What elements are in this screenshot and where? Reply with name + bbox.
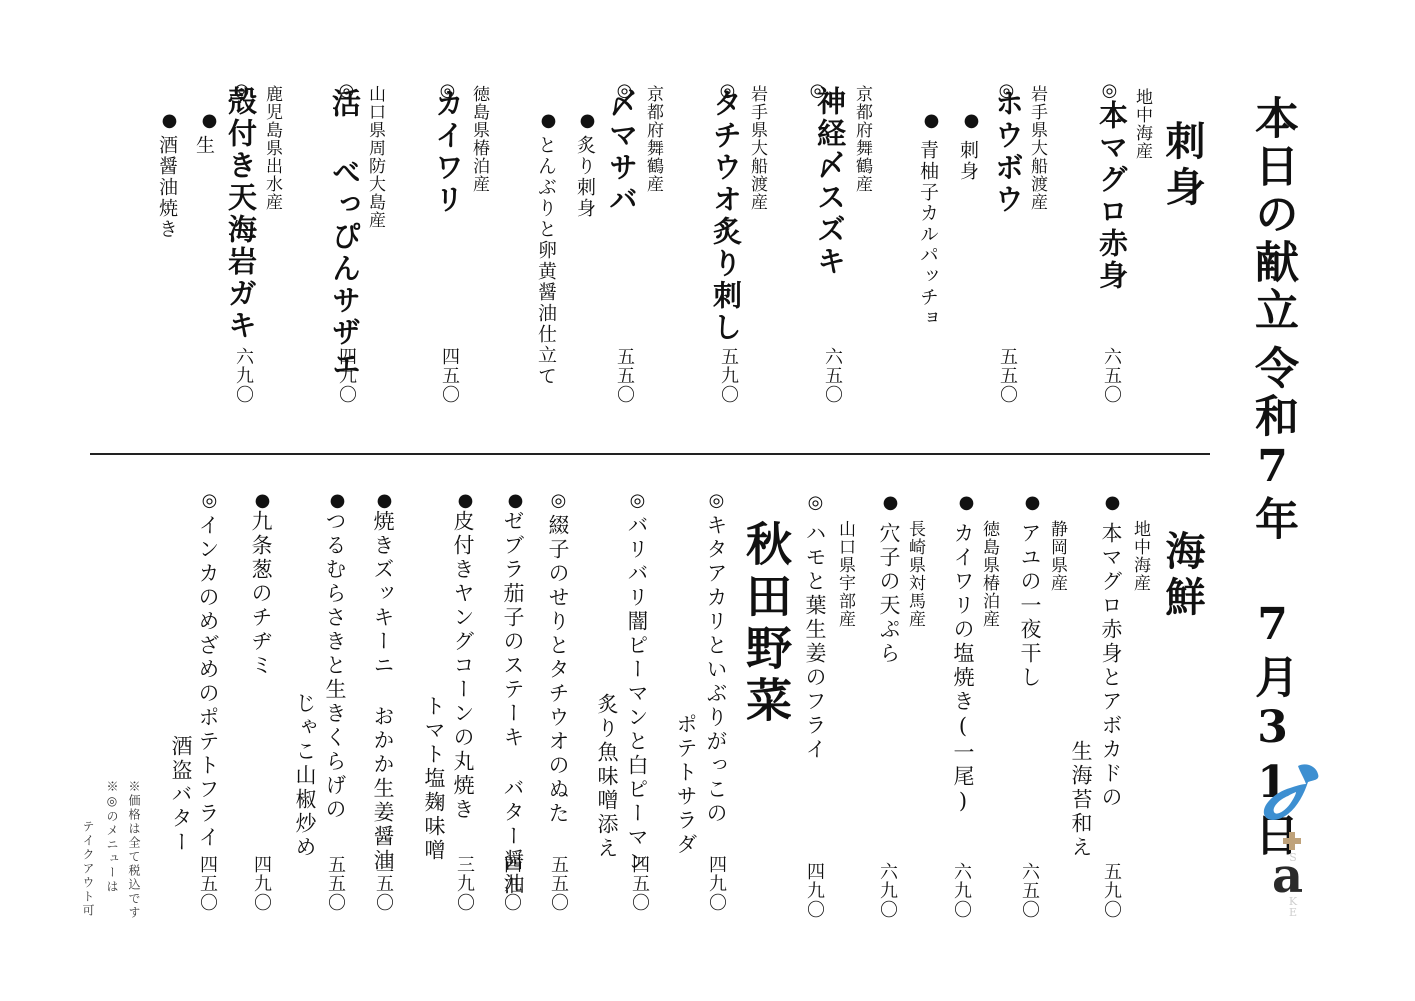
item-price: 五五〇 [549,855,567,912]
shop-logo: S KE a [1250,760,1340,940]
bullet: ● [1103,492,1121,513]
item-price: 四九〇 [502,855,520,912]
origin-label: 徳島県椿泊産 [980,520,997,628]
item-price: 四五〇 [440,347,458,404]
item-option: 酒醤油焼き [157,135,176,240]
section-divider [90,453,1210,455]
bullet: ● [456,490,474,511]
tax-note: ※価格は全て税込です [128,780,140,920]
origin-label: 京都府舞鶴産 [644,85,661,193]
bullet: ● [328,490,346,511]
bullet: ● [881,492,899,513]
mi-hiragana-logo-icon [1258,760,1328,830]
section-title-sashimi: 刺身 [1162,120,1202,212]
item-name: カイワリ [433,88,462,216]
takeout-mark: ◎ [806,492,824,513]
origin-label: 山口県周防大島産 [366,85,383,229]
origin-label: 鹿児島県出水産 [263,85,280,211]
item-price: 三九〇 [455,855,473,912]
item-price: 五五〇 [326,855,344,912]
item-name: つるむらさきと生きくらげの [324,510,345,822]
item-price: 五五〇 [615,347,633,404]
item-subtitle: じゃこ山椒炒め [294,692,315,860]
bullet: ● [200,110,218,131]
bullet: ● [506,490,524,511]
item-subtitle: トマト塩麹味噌 [423,695,444,863]
item-name: 本マグロ赤身 [1097,100,1126,292]
takeout-mark: ◎ [549,490,567,511]
item-name: 焼きズッキーニ おかか生姜醤油 [372,510,393,873]
origin-label: 岩手県大船渡産 [748,85,765,211]
item-price: 五九〇 [719,347,737,404]
item-name: インカのめざめのポテトフライ [197,514,218,850]
bullet: ● [539,110,557,131]
item-price: 六九〇 [878,862,896,919]
item-price: 六五〇 [1102,347,1120,404]
bullet: ● [957,492,975,513]
item-subtitle: ポテトサラダ [675,713,696,857]
item-name: 神経〆スズキ [815,86,844,278]
origin-label: 長崎県対馬産 [906,520,923,628]
item-name: 〆マサバ [607,88,636,216]
bullet: ● [922,110,940,131]
takeout-mark: ◎ [1100,80,1118,101]
bullet: ● [375,490,393,511]
item-price: 六九〇 [952,862,970,919]
item-price: 六五〇 [1020,862,1038,919]
origin-label: 地中海産 [1131,520,1148,592]
takeout-mark: ◎ [707,490,725,511]
item-subtitle: 炙り魚味噌添え [596,693,617,861]
item-name: キタアカリといぶりがっこの [705,514,726,826]
origin-label: 京都府舞鶴産 [853,85,870,193]
item-name: アユの一夜干し [1019,522,1040,690]
item-name: タチウオ炙り刺し [711,88,740,344]
bullet: ● [160,110,178,131]
logo-letter-a: a [1272,852,1303,900]
item-price: 四九〇 [707,855,725,912]
bullet: ● [578,110,596,131]
item-name: 九条葱のチヂミ [250,510,271,678]
item-price: 六五〇 [823,347,841,404]
menu-title: 本日の献立 [1250,95,1294,335]
item-name: バリバリ闇ピーマンと白ピーマン [626,514,647,874]
takeout-mark: ◎ [200,490,218,511]
origin-label: 山口県宇部産 [836,520,853,628]
item-option: 刺身 [958,140,977,182]
item-name: ホウボウ [993,88,1022,216]
item-option: 生 [194,135,213,156]
takeout-note-cont: テイクアウト可 [82,820,94,918]
item-price: 四九〇 [805,862,823,919]
item-subtitle: 酒盗バター [170,735,191,855]
item-price: 五五〇 [998,347,1016,404]
item-subtitle: 生海苔和え [1070,740,1091,860]
bullet: ● [1023,492,1041,513]
bullet: ● [962,110,980,131]
origin-label: 徳島県椿泊産 [470,85,487,193]
takeout-note: ※◎のメニューは [106,780,118,894]
item-name: 穴子の天ぷら [878,522,899,666]
item-price: 六九〇 [234,347,252,404]
item-name: カイワリの塩焼き(一尾) [952,522,973,816]
section-title-kaisen: 海鮮 [1162,530,1202,622]
item-price: 四九〇 [337,347,355,404]
takeout-mark: ◎ [628,490,646,511]
item-name: 活 べっぴんサザエ [330,88,359,381]
origin-label: 静岡県産 [1048,520,1065,592]
item-price: 三五〇 [374,855,392,912]
item-price: 四五〇 [630,855,648,912]
item-option: 青柚子カルパッチョ [918,140,937,329]
item-option: 炙り刺身 [575,135,594,219]
origin-label: 地中海産 [1133,88,1150,160]
bullet: ● [253,490,271,511]
item-price: 四九〇 [252,855,270,912]
item-option: とんぶりと卵黄醤油仕立て [536,135,555,387]
item-price: 四五〇 [198,855,216,912]
item-name: 皮付きヤングコーンの丸焼き [452,510,473,822]
item-name: ゼブラ茄子のステーキ バター醤油 [502,510,523,897]
item-name: 殻付き天海岩ガキ [226,86,255,342]
item-name: ハモと葉生姜のフライ [804,522,825,762]
origin-label: 岩手県大船渡産 [1028,85,1045,211]
item-name: 本マグロ赤身とアボカドの [1100,522,1121,810]
item-name: 綴子のせりとタチウオのぬた [547,514,568,826]
section-title-yasai: 秋田野菜 [743,520,789,728]
item-price: 五九〇 [1102,862,1120,919]
